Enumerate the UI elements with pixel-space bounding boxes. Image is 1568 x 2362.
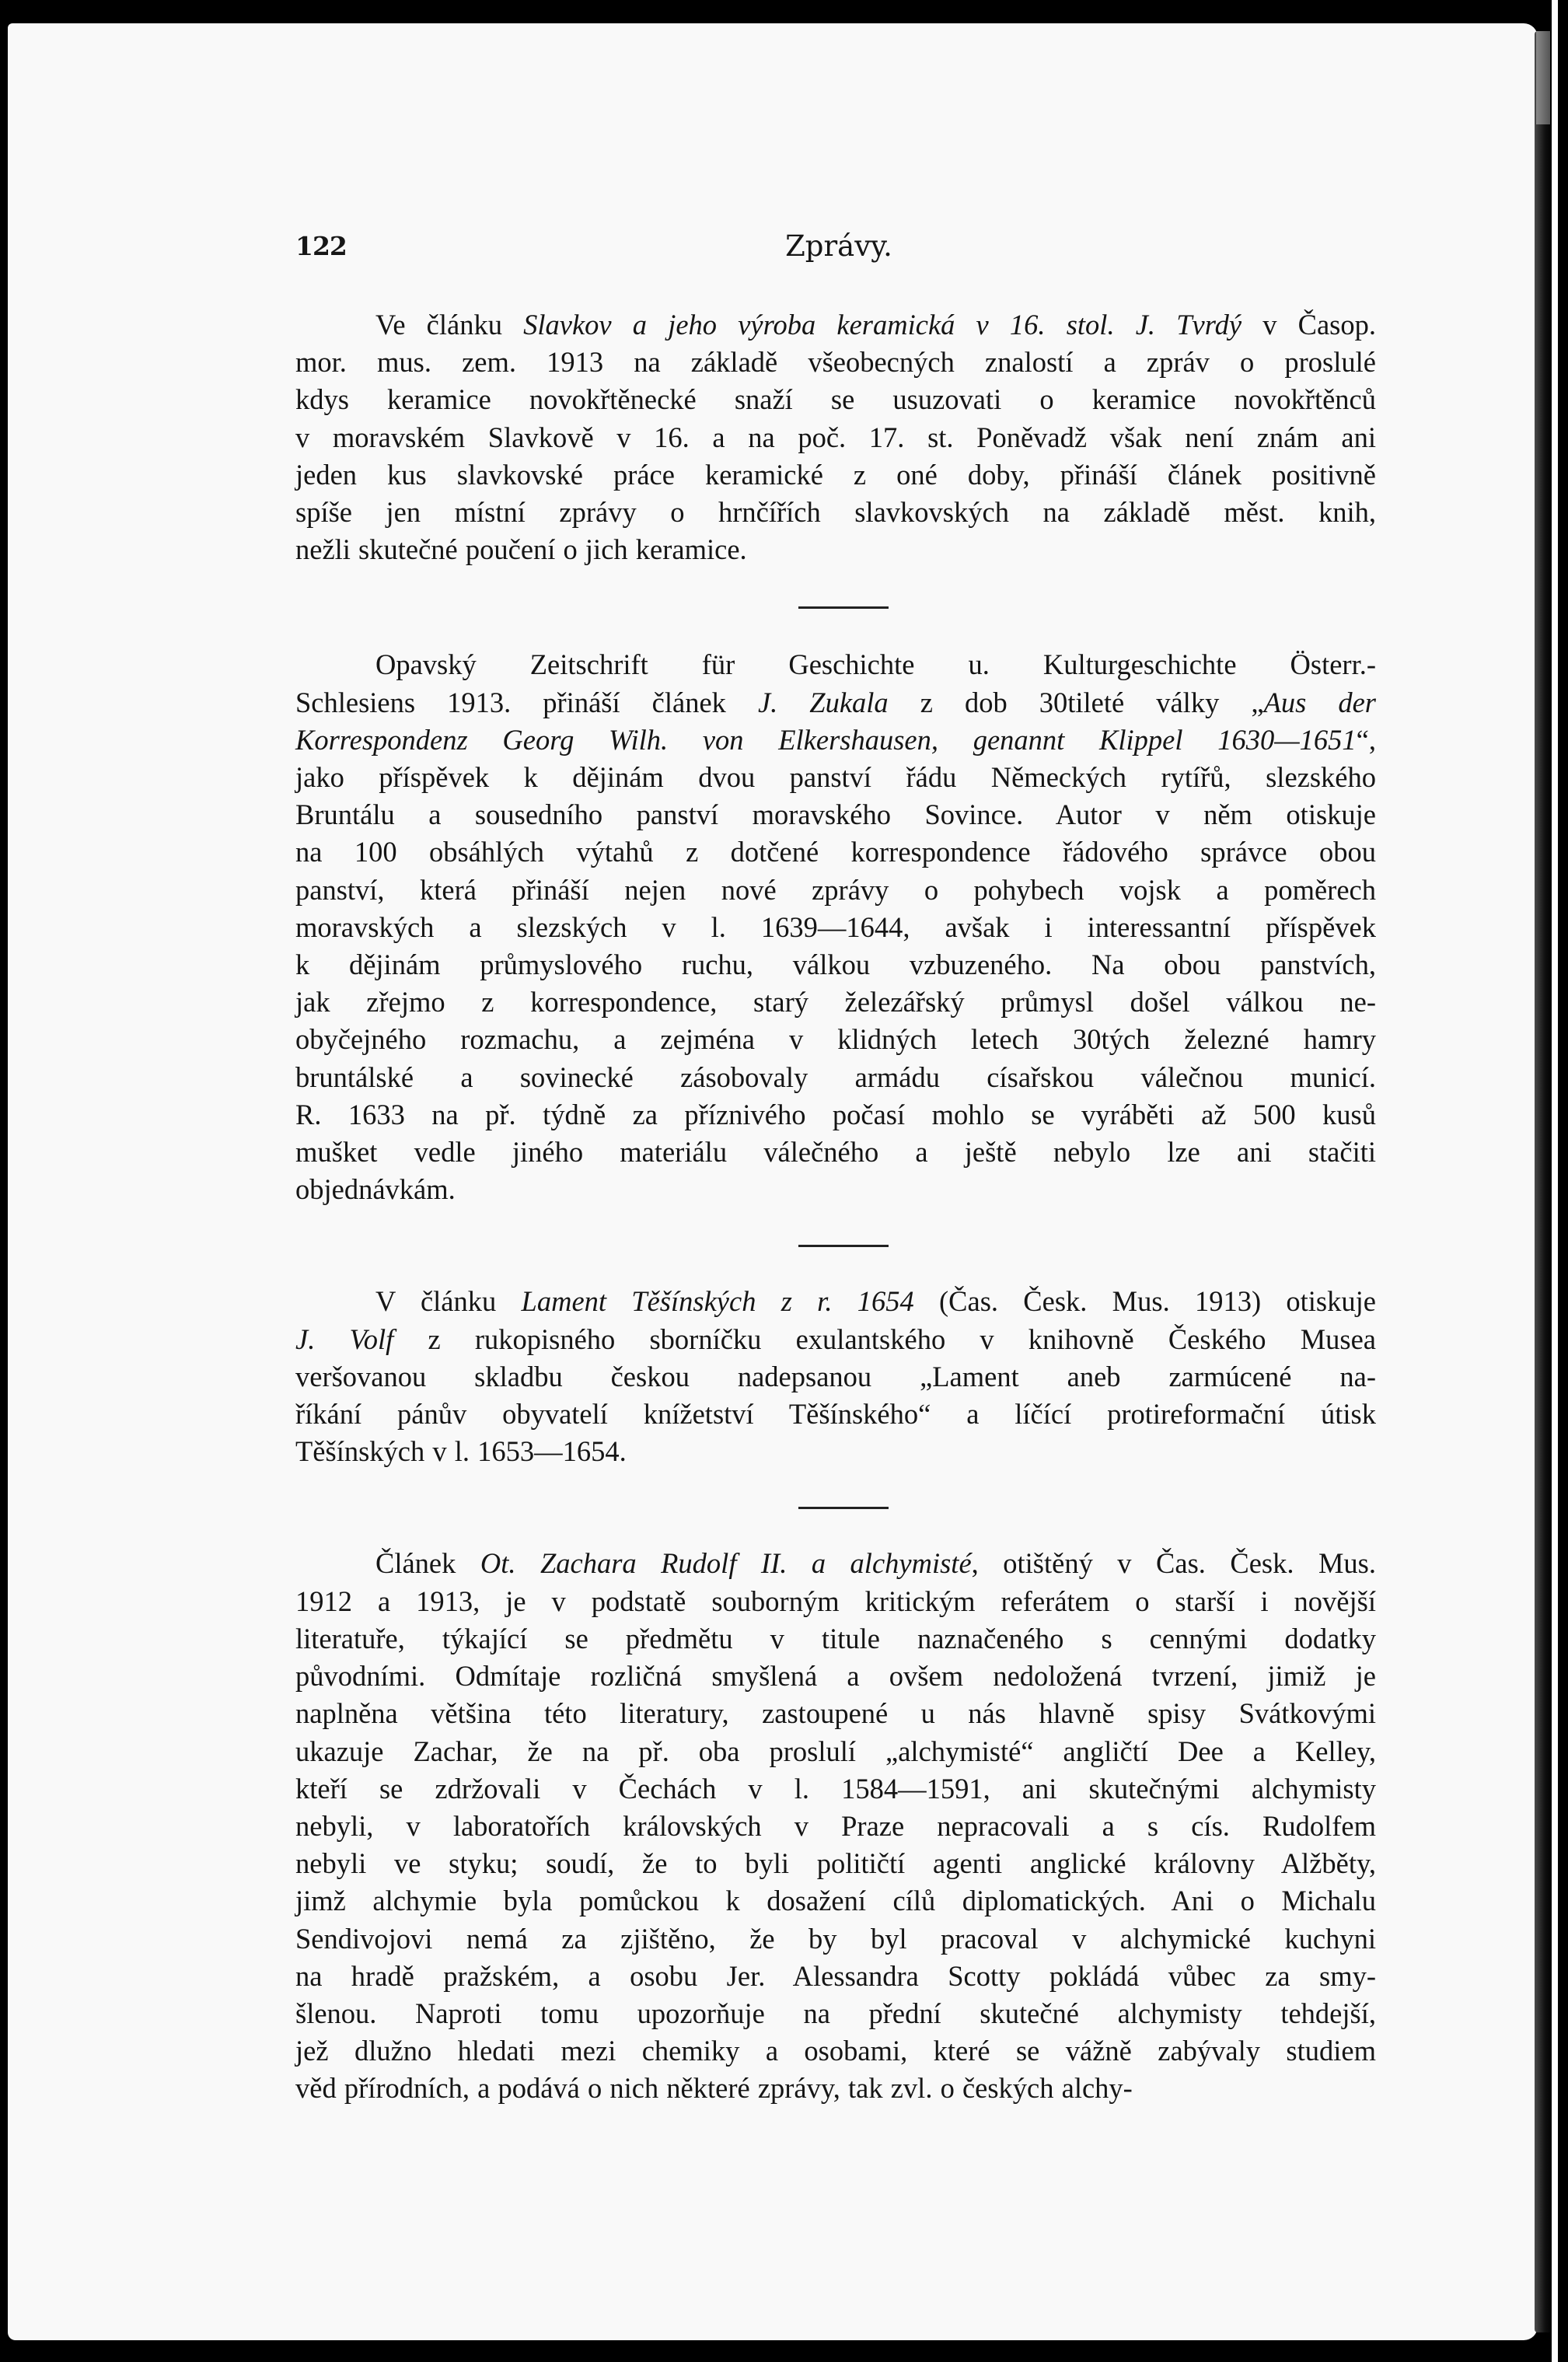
separator-rule [798, 1507, 889, 1509]
paragraph: Článek Ot. Zachara Rudolf II. a alchymis… [295, 1545, 1376, 2107]
right-frame-edge [1558, 0, 1568, 2362]
text-run: v Časop. [1241, 309, 1376, 341]
text-run: v moravském Slavkově v 16. a na poč. 17.… [295, 421, 1376, 453]
text-line: šlenou. Naproti tomu upozorňuje na předn… [295, 1995, 1376, 2032]
text-line: R. 1633 na př. týdně za příznivého počas… [295, 1096, 1376, 1134]
text-run: veršovanou skladbu českou nadepsanou „La… [295, 1361, 1376, 1392]
text-line: jimž alchymie byla pomůckou k dosažení c… [295, 1882, 1376, 1920]
separator [295, 1208, 1376, 1283]
text-line: na 100 obsáhlých výtahů z dotčené korres… [295, 833, 1376, 871]
text-run: z dob 30tileté války „ [889, 687, 1264, 718]
text-run: jimž alchymie byla pomůckou k dosažení c… [295, 1885, 1376, 1917]
text-run: kdys keramice novokřtěnecké snaží se usu… [295, 383, 1376, 415]
text-run: z rukopisného sborníčku exulantského v k… [393, 1323, 1376, 1355]
text-line: říkání pánův obyvatelí knížetství Těšíns… [295, 1396, 1376, 1433]
text-run: moravských a slezských v l. 1639—1644, a… [295, 911, 1376, 943]
text-run: Sendivojovi nemá za zjištěno, že by byl … [295, 1923, 1376, 1955]
text-line: spíše jen místní zprávy o hrnčířích slav… [295, 494, 1376, 531]
text-line: Těšínských v l. 1653—1654. [295, 1433, 1376, 1470]
text-line: literatuře, týkající se předmětu v titul… [295, 1620, 1376, 1658]
text-line: Bruntálu a sousedního panství moravského… [295, 796, 1376, 833]
text-run: na 100 obsáhlých výtahů z dotčené korres… [295, 836, 1376, 868]
text-line: nebyli, v laboratořích královských v Pra… [295, 1808, 1376, 1845]
text-run: k dějinám průmyslového ruchu, válkou vzb… [295, 949, 1376, 980]
text-line: nežli skutečné poučení o jich keramice. [295, 531, 1376, 568]
text-run: ukazuje Zachar, že na př. oba proslulí „… [295, 1735, 1376, 1767]
text-run: Článek [375, 1547, 480, 1579]
text-run: Schlesiens 1913. přináší článek [295, 687, 758, 718]
text-line: na hradě pražském, a osobu Jer. Alessand… [295, 1958, 1376, 1995]
text-line: mor. mus. zem. 1913 na základě všeobecný… [295, 344, 1376, 381]
separator [295, 568, 1376, 646]
text-line: veršovanou skladbu českou nadepsanou „La… [295, 1358, 1376, 1396]
text-line: bruntálské a sovinecké zásobovaly armádu… [295, 1059, 1376, 1096]
text-run: panství, která přináší nejen nové zprávy… [295, 874, 1376, 906]
text-run: obyčejného rozmachu, a zejména v klidnýc… [295, 1023, 1376, 1055]
text-line: původními. Odmítaje rozličná smyšlená a … [295, 1658, 1376, 1695]
text-line: k dějinám průmyslového ruchu, válkou vzb… [295, 946, 1376, 984]
italic-citation: Lament Těšínských z r. 1654 [522, 1285, 914, 1317]
text-run: (Čas. Česk. Mus. 1913) otiskuje [914, 1285, 1376, 1317]
italic-citation: Ot. Zachara Rudolf II. a alchymisté [480, 1547, 972, 1579]
italic-citation: J. Zukala [758, 687, 889, 718]
text-line: jež dlužno hledati mezi chemiky a osobam… [295, 2032, 1376, 2070]
text-line: kteří se zdržovali v Čechách v l. 1584—1… [295, 1770, 1376, 1808]
text-run: Těšínských v l. 1653—1654. [295, 1435, 627, 1467]
text-run: nebyli ve styku; soudí, že to byli polit… [295, 1847, 1376, 1879]
text-run: R. 1633 na př. týdně za příznivého počas… [295, 1099, 1376, 1130]
text-line: Opavský Zeitschrift für Geschichte u. Ku… [295, 646, 1376, 683]
text-line: ukazuje Zachar, že na př. oba proslulí „… [295, 1733, 1376, 1770]
text-line: mušket vedle jiného materiálu válečného … [295, 1134, 1376, 1171]
text-run: , otištěný v Čas. Česk. Mus. [972, 1547, 1376, 1579]
text-run: jež dlužno hledati mezi chemiky a osobam… [295, 2035, 1376, 2067]
text-run: objednávkám. [295, 1173, 456, 1205]
text-line: naplněna většina této literatury, zastou… [295, 1695, 1376, 1732]
italic-citation: Slavkov a jeho výroba keramická v 16. st… [523, 309, 1241, 341]
text-line: V článku Lament Těšínských z r. 1654 (Ča… [295, 1283, 1376, 1320]
text-line: jeden kus slavkovské práce keramické z o… [295, 456, 1376, 494]
text-line: obyčejného rozmachu, a zejména v klidnýc… [295, 1021, 1376, 1058]
text-run: nežli skutečné poučení o jich keramice. [295, 533, 747, 565]
text-run: říkání pánův obyvatelí knížetství Těšíns… [295, 1398, 1376, 1430]
text-line: panství, která přináší nejen nové zprávy… [295, 872, 1376, 909]
text-run: nebyli, v laboratořích královských v Pra… [295, 1810, 1376, 1842]
text-line: jak zřejmo z korrespondence, starý želez… [295, 984, 1376, 1021]
text-run: na hradě pražském, a osobu Jer. Alessand… [295, 1960, 1376, 1992]
text-run: Bruntálu a sousedního panství moravského… [295, 798, 1376, 830]
text-run: jako příspěvek k dějinám dvou panství řá… [295, 761, 1376, 793]
text-line: jako příspěvek k dějinám dvou panství řá… [295, 759, 1376, 796]
text-run: spíše jen místní zprávy o hrnčířích slav… [295, 496, 1376, 528]
text-line: 1912 a 1913, je v podstatě souborným kri… [295, 1583, 1376, 1620]
text-line: Schlesiens 1913. přináší článek J. Zukal… [295, 684, 1376, 722]
text-run: “, [1357, 724, 1376, 756]
italic-citation: J. Volf [295, 1323, 393, 1355]
text-run: Ve článku [375, 309, 523, 341]
text-line: moravských a slezských v l. 1639—1644, a… [295, 909, 1376, 946]
separator [295, 1470, 1376, 1545]
text-line: kdys keramice novokřtěnecké snaží se usu… [295, 381, 1376, 418]
text-run: mušket vedle jiného materiálu válečného … [295, 1136, 1376, 1168]
running-title: Zprávy. [295, 227, 1376, 266]
text-run: literatuře, týkající se předmětu v titul… [295, 1623, 1376, 1654]
text-run: mor. mus. zem. 1913 na základě všeobecný… [295, 346, 1376, 378]
text-run: V článku [375, 1285, 522, 1317]
text-line: Korrespondenz Georg Wilh. von Elkershaus… [295, 722, 1376, 759]
text-line: v moravském Slavkově v 16. a na poč. 17.… [295, 419, 1376, 456]
paragraph: Opavský Zeitschrift für Geschichte u. Ku… [295, 646, 1376, 1208]
text-run: bruntálské a sovinecké zásobovaly armádu… [295, 1061, 1376, 1093]
text-line: Článek Ot. Zachara Rudolf II. a alchymis… [295, 1545, 1376, 1582]
paragraph: Ve článku Slavkov a jeho výroba keramick… [295, 306, 1376, 568]
text-run: šlenou. Naproti tomu upozorňuje na předn… [295, 1997, 1376, 2029]
italic-citation: Aus der [1264, 687, 1376, 718]
text-line: věd přírodních, a podává o nich některé … [295, 2070, 1376, 2107]
text-run: jeden kus slavkovské práce keramické z o… [295, 459, 1376, 491]
italic-citation: Korrespondenz Georg Wilh. von Elkershaus… [295, 724, 1357, 756]
text-run: Opavský Zeitschrift für Geschichte u. Ku… [375, 648, 1376, 680]
article-body: Ve článku Slavkov a jeho výroba keramick… [295, 306, 1376, 2108]
text-line: nebyli ve styku; soudí, že to byli polit… [295, 1845, 1376, 1882]
page-header: 122 Zprávy. [295, 227, 1376, 266]
text-run: věd přírodních, a podává o nich některé … [295, 2072, 1133, 2104]
text-line: Ve článku Slavkov a jeho výroba keramick… [295, 306, 1376, 344]
paragraph: V článku Lament Těšínských z r. 1654 (Ča… [295, 1283, 1376, 1470]
text-run: 1912 a 1913, je v podstatě souborným kri… [295, 1585, 1376, 1617]
page-binding-highlight [1536, 31, 1550, 124]
text-run: naplněna většina této literatury, zastou… [295, 1697, 1376, 1729]
text-run: jak zřejmo z korrespondence, starý želez… [295, 986, 1376, 1018]
text-run: kteří se zdržovali v Čechách v l. 1584—1… [295, 1773, 1376, 1805]
text-line: Sendivojovi nemá za zjištěno, že by byl … [295, 1920, 1376, 1958]
text-line: objednávkám. [295, 1171, 1376, 1208]
separator-rule [798, 1245, 889, 1247]
text-run: původními. Odmítaje rozličná smyšlená a … [295, 1660, 1376, 1692]
separator-rule [798, 606, 889, 609]
page-binding-shadow [1535, 31, 1552, 2332]
text-line: J. Volf z rukopisného sborníčku exulants… [295, 1321, 1376, 1358]
